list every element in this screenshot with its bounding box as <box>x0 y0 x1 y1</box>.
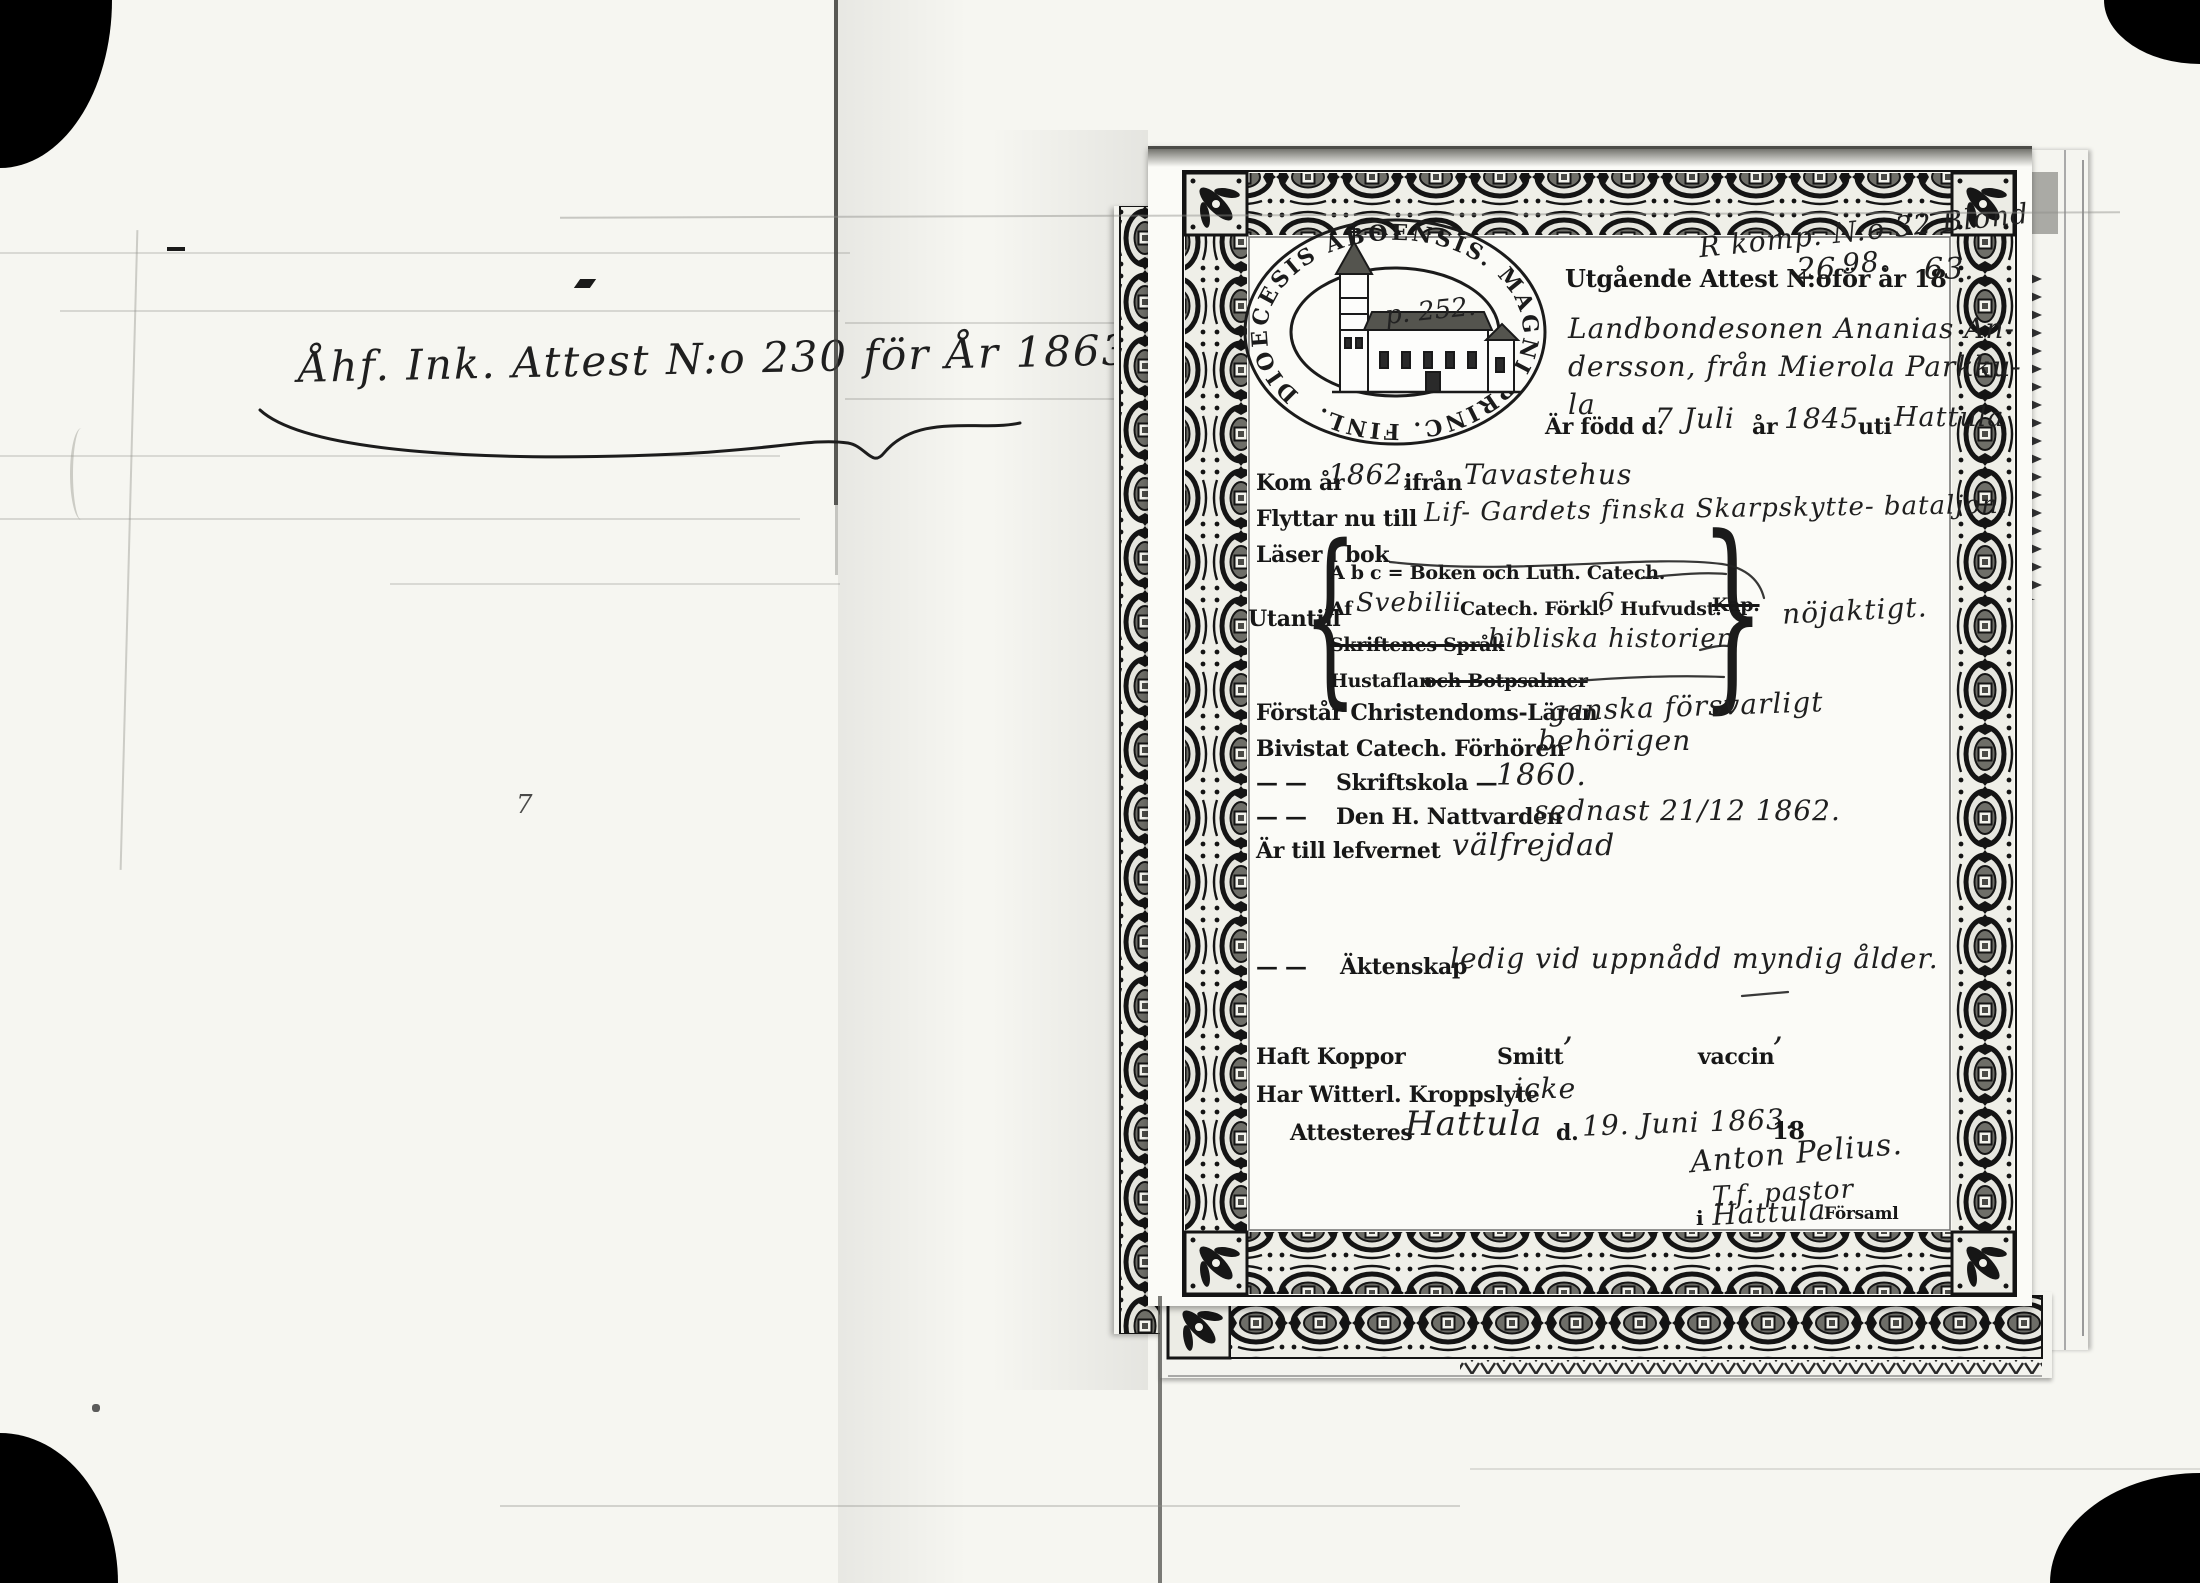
utantill-row3-struck: Skriftenes Språk <box>1330 634 1504 656</box>
born-place: Hattula <box>1894 402 2004 433</box>
header-number: 26 <box>1796 252 1836 287</box>
header-label: Utgående Attest N:o <box>1565 264 1831 293</box>
marriage-dashes: — — <box>1256 954 1307 980</box>
utantill-row1-label: A b c = Boken och Luth. Catech. <box>1330 562 1665 584</box>
scanned-book-spread: Åhf. Ink. Attest N:o 230 för År 1863. 7 <box>0 0 2200 1583</box>
arrived-place: Tavastehus <box>1464 458 1632 491</box>
utantill-row2-label2: Catech. Förkl. <box>1460 598 1605 620</box>
ink-speck <box>167 247 185 251</box>
utantill-row2-book: Svebilii <box>1356 588 1462 618</box>
utantill-row4-struck: och Botpsalmer <box>1424 670 1588 692</box>
paper-crease <box>70 428 93 520</box>
photo-corner-vignette <box>2104 0 2200 64</box>
born-date: 7 Juli <box>1655 402 1735 435</box>
left-page-stray-mark: 7 <box>516 790 534 820</box>
photo-corner-vignette <box>2050 1473 2200 1583</box>
born-label2: år <box>1752 414 1777 440</box>
page-edge-line <box>2064 150 2066 1350</box>
attestation-label2: d. <box>1556 1120 1578 1146</box>
under-sheet-edge-line <box>1158 1296 1162 1583</box>
person-line2: dersson, från Mierola Parkku- <box>1568 350 2022 383</box>
attestation-label1: Attesteres <box>1290 1120 1413 1146</box>
health-label3: vaccin <box>1698 1044 1774 1070</box>
born-label3: uti <box>1858 414 1892 440</box>
signature-label-parish: Församl <box>1824 1204 1898 1224</box>
catechism-note: behörigen <box>1538 724 1691 757</box>
confirmation-label: Skriftskola — <box>1336 770 1497 796</box>
marriage-note: ledig vid uppnådd myndig ålder. <box>1450 942 1939 975</box>
photo-corner-vignette <box>0 1433 118 1583</box>
utantill-row2-count: 6 <box>1598 588 1616 618</box>
under-sheet-right <box>2024 150 2088 1350</box>
book-spine-line-faint <box>835 505 838 575</box>
communion-dashes: — — <box>1256 804 1307 830</box>
conduct-label: Är till lefvernet <box>1256 838 1440 864</box>
person-line1: Landbondesonen Ananias An- <box>1568 312 2015 345</box>
utantill-row4-label: Hustaflan <box>1330 670 1432 692</box>
born-label1: Är född d. <box>1545 414 1664 440</box>
utantill-row2-struck: Kap. <box>1712 594 1760 616</box>
marriage-label: Äktenskap <box>1340 954 1467 980</box>
health-mark1: ’ <box>1562 1030 1574 1070</box>
signature-label-i: i <box>1696 1206 1703 1230</box>
arrived-label2: ifrån <box>1404 470 1462 496</box>
confirmation-dashes: — — <box>1256 770 1307 796</box>
scan-scratch <box>0 252 850 254</box>
utantill-row3-note: bibliska historien <box>1488 624 1734 654</box>
paper-crease <box>120 230 139 870</box>
understanding-label: Förstår Christendoms-Läran <box>1256 700 1597 726</box>
born-year: 1845 <box>1784 402 1859 435</box>
ink-speck <box>574 279 596 288</box>
photo-corner-vignette <box>0 0 112 168</box>
communion-note: sednast 21/12 1862. <box>1534 794 1841 827</box>
inscription-underline-flourish <box>248 396 1068 476</box>
conduct-note: välfrejdad <box>1452 828 1615 863</box>
page-edge-line <box>2082 160 2084 1336</box>
communion-label: Den H. Nattvarden <box>1336 804 1562 830</box>
confirmation-note: 1860. <box>1496 758 1587 793</box>
spine-shadow <box>838 0 968 1583</box>
scan-scratch <box>500 1505 1460 1507</box>
attestation-place: Hattula <box>1405 1104 1542 1144</box>
health-mark2: ’ <box>1772 1030 1784 1070</box>
defect-note: icke <box>1514 1072 1576 1105</box>
certificate-top-edge <box>1148 146 2032 167</box>
corner-note-line2: 98. <box>1841 244 1891 280</box>
health-label1: Haft Koppor <box>1256 1044 1405 1070</box>
diocese-seal: DIOECESIS ABOENSIS. MAGNI PRINC. FINL. <box>1240 212 1550 452</box>
scan-scratch <box>60 310 840 312</box>
header-year: 63. <box>1924 252 1975 287</box>
ink-speck <box>92 1404 100 1412</box>
arrived-year: 1862, <box>1328 458 1413 491</box>
utantill-row2-label1: Af <box>1330 598 1352 620</box>
scan-scratch <box>1470 1468 2200 1470</box>
signature-parish: Hattula <box>1711 1193 1827 1232</box>
scan-scratch <box>390 583 840 585</box>
health-label2: Smitt <box>1497 1044 1563 1070</box>
scan-scratch <box>0 518 800 520</box>
